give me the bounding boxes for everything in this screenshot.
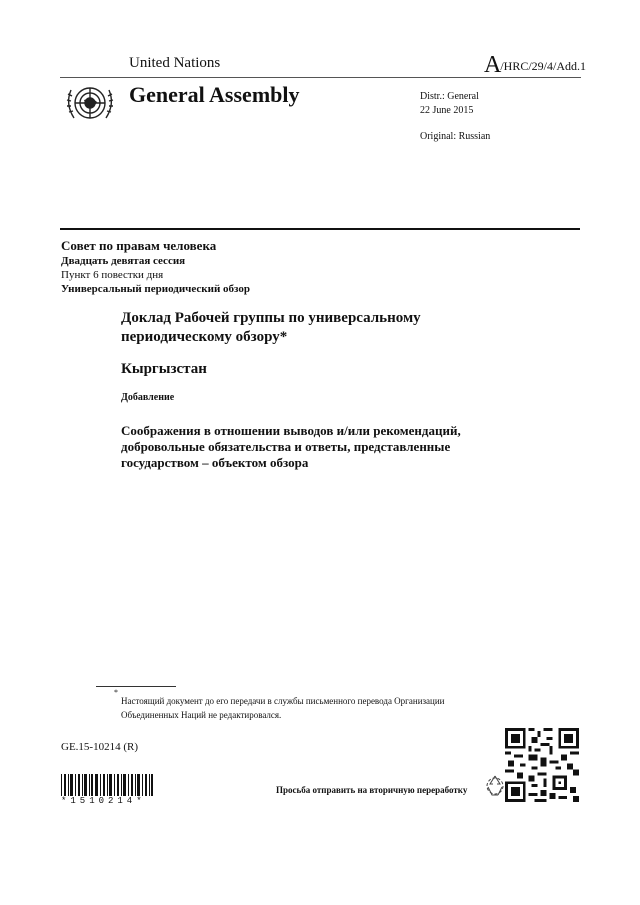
- section-rule: [60, 228, 580, 230]
- document-symbol: A/HRC/29/4/Add.1: [484, 52, 586, 79]
- barcode-number: *1510214*: [61, 796, 146, 806]
- council-name: Совет по правам человека: [61, 238, 250, 254]
- session-name: Двадцать девятая сессия: [61, 254, 250, 268]
- org-name: United Nations: [129, 55, 220, 72]
- agenda-item: Пункт 6 повестки дня: [61, 268, 250, 282]
- qr-code-icon: [505, 728, 579, 802]
- country-name: Кыргызстан: [121, 361, 207, 378]
- distribution-block: Distr.: General 22 June 2015 Original: R…: [420, 90, 490, 144]
- report-subtitle: Соображения в отношении выводов и/или ре…: [121, 423, 501, 471]
- symbol-rest: /HRC/29/4/Add.1: [500, 59, 586, 73]
- un-emblem-icon: [62, 80, 118, 126]
- footnote-rule: [96, 686, 176, 687]
- body-title: General Assembly: [129, 82, 300, 108]
- barcode-icon: [61, 774, 153, 796]
- addendum-label: Добавление: [121, 392, 174, 403]
- session-block: Совет по правам человека Двадцать девята…: [61, 238, 250, 296]
- job-number: GE.15-10214 (R): [61, 741, 138, 753]
- recycle-icon: [484, 773, 506, 799]
- footnote-marker: *: [114, 688, 118, 697]
- original-language: Original: Russian: [420, 130, 490, 144]
- recycle-note: Просьба отправить на вторичную переработ…: [276, 785, 467, 795]
- date: 22 June 2015: [420, 104, 490, 118]
- header-rule: [60, 77, 581, 78]
- distribution: Distr.: General: [420, 90, 490, 104]
- agenda-topic: Универсальный периодический обзор: [61, 282, 250, 296]
- footnote-text: Настоящий документ до его передачи в слу…: [121, 694, 501, 722]
- report-title: Доклад Рабочей группы по универсальному …: [121, 309, 481, 347]
- symbol-prefix: A: [484, 52, 500, 78]
